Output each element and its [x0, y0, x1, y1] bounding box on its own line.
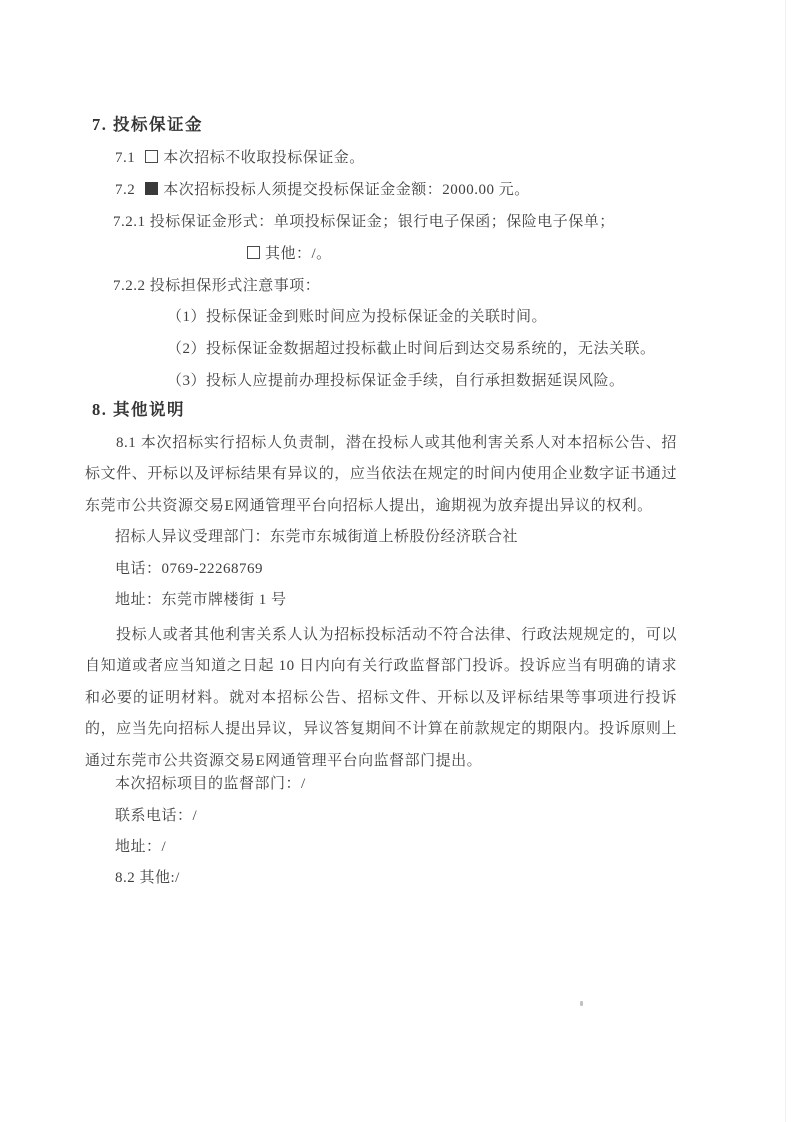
phone-line: 电话：0769-22268769 — [115, 558, 263, 580]
note-3: （3）投标人应提前办理投标保证金手续，自行承担数据延误风险。 — [167, 370, 625, 392]
clause-7-1: 7.1本次招标不收取投标保证金。 — [115, 147, 365, 169]
section-8-heading: 8. 其他说明 — [92, 396, 185, 420]
scan-edge-artifact — [785, 0, 786, 1122]
scan-speck-artifact — [580, 1001, 583, 1006]
paragraph-8-1: 8.1 本次招标实行招标人负责制，潜在投标人或其他利害关系人对本招标公告、招标文… — [85, 428, 677, 522]
document-page: 7. 投标保证金 7.1本次招标不收取投标保证金。 7.2本次招标投标人须提交投… — [0, 0, 794, 1122]
clause-7-2: 7.2本次招标投标人须提交投标保证金金额：2000.00 元。 — [115, 179, 530, 201]
address-2-line: 地址：/ — [115, 836, 166, 858]
clause-7-1-number: 7.1 — [115, 150, 135, 166]
note-1: （1）投标保证金到账时间应为投标保证金的关联时间。 — [167, 306, 547, 328]
contact-phone-line: 联系电话：/ — [115, 805, 197, 827]
clause-7-2-2: 7.2.2 投标担保形式注意事项： — [113, 275, 320, 297]
paragraph-complaint: 投标人或者其他利害关系人认为招标投标活动不符合法律、行政法规规定的，可以自知道或… — [85, 620, 677, 777]
note-2: （2）投标保证金数据超过投标截止时间后到达交易系统的，无法关联。 — [167, 338, 656, 360]
clause-7-2-text: 本次招标投标人须提交投标保证金金额：2000.00 元。 — [163, 182, 530, 198]
checkbox-checked-icon — [145, 182, 158, 195]
clause-7-2-1: 7.2.1 投标保证金形式：单项投标保证金；银行电子保函；保险电子保单； — [113, 211, 615, 233]
clause-7-2-number: 7.2 — [115, 182, 135, 198]
checkbox-unchecked-icon — [145, 150, 158, 163]
clause-other-text: 其他：/。 — [265, 246, 332, 262]
clause-7-1-text: 本次招标不收取投标保证金。 — [163, 150, 365, 166]
supervision-department-line: 本次招标项目的监督部门：/ — [115, 773, 306, 795]
checkbox-unchecked-icon — [247, 246, 260, 259]
address-line: 地址：东莞市牌楼街 1 号 — [115, 589, 287, 611]
section-7-heading: 7. 投标保证金 — [92, 111, 203, 135]
objection-department-line: 招标人异议受理部门：东莞市东城街道上桥股份经济联合社 — [115, 526, 518, 548]
clause-other-option: 其他：/。 — [247, 243, 332, 265]
clause-8-2: 8.2 其他:/ — [115, 867, 180, 889]
